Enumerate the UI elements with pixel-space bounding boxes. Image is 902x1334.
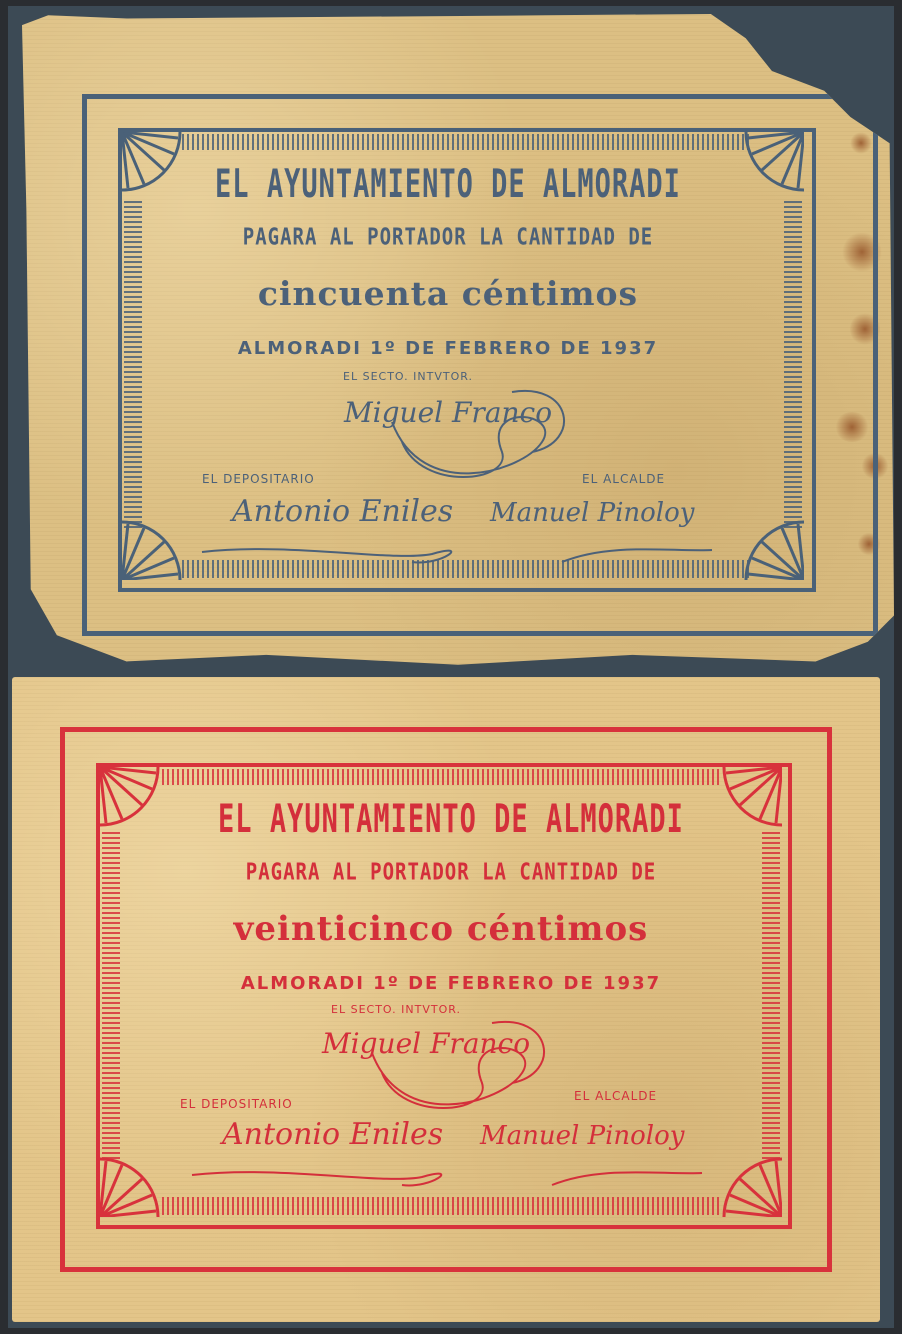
depositary-title: EL DEPOSITARIO [180,1097,293,1111]
issue-date: ALMORADI 1º DE FEBRERO DE 1937 [152,973,750,994]
mayor-signature: Manuel Pinoloy [480,1121,684,1151]
hatched-band-left [102,829,120,1159]
issuer-heading: EL AYUNTAMIENTO DE ALMORADI [152,797,750,842]
sunburst-corner-icon [122,520,182,580]
payment-promise: PAGARA AL PORTADOR LA CANTIDAD DE [152,859,750,885]
issue-date: ALMORADI 1º DE FEBRERO DE 1937 [132,338,764,359]
hatched-band-top [182,134,752,150]
mayor-signature: Manuel Pinoloy [490,498,694,528]
depositary-title: EL DEPOSITARIO [202,472,315,486]
signature-flourish [362,382,582,492]
sunburst-corner-icon [722,1157,782,1217]
denomination-amount: cincuenta céntimos [132,274,764,313]
banknote-50-centimos: EL AYUNTAMIENTO DE ALMORADI PAGARA AL PO… [22,12,894,668]
denomination-amount: veinticinco céntimos [152,909,730,949]
signature-underline-flourish [192,532,732,572]
mayor-title: EL ALCALDE [582,472,665,486]
payment-promise: PAGARA AL PORTADOR LA CANTIDAD DE [132,224,764,250]
hatched-band-right [762,829,780,1159]
signature-flourish [342,1013,562,1123]
sunburst-corner-icon [100,1157,160,1217]
issuer-heading: EL AYUNTAMIENTO DE ALMORADI [132,162,764,207]
signature-underline-flourish [182,1155,722,1195]
sunburst-corner-icon [100,767,160,827]
mayor-title: EL ALCALDE [574,1089,657,1103]
hatched-band-bottom [162,1197,722,1215]
hatched-band-right [784,198,802,528]
hatched-band-top [162,769,722,785]
banknote-25-centimos: EL AYUNTAMIENTO DE ALMORADI PAGARA AL PO… [12,677,880,1322]
depositary-signature: Antonio Eniles [222,1117,443,1152]
sunburst-corner-icon [744,520,804,580]
depositary-signature: Antonio Eniles [232,494,453,529]
